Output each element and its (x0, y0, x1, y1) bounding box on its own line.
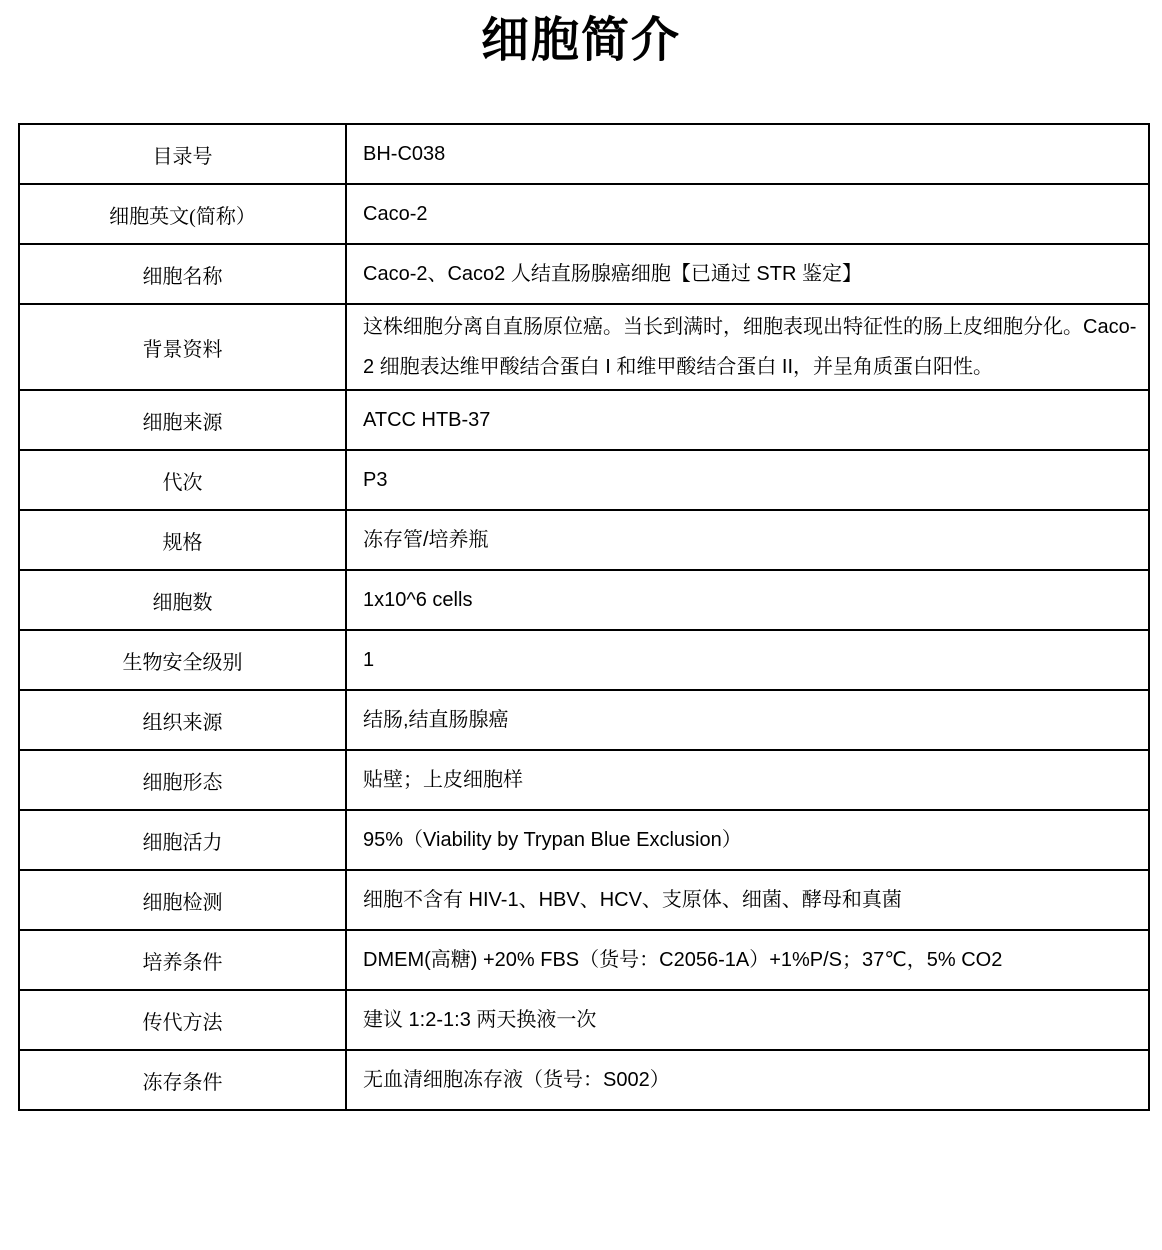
table-row: 生物安全级别1 (19, 630, 1149, 690)
table-row: 细胞检测细胞不含有 HIV-1、HBV、HCV、支原体、细菌、酵母和真菌 (19, 870, 1149, 930)
table-row: 细胞名称Caco-2、Caco2 人结直肠腺癌细胞【已通过 STR 鉴定】 (19, 244, 1149, 304)
row-label: 组织来源 (19, 690, 346, 750)
row-value: 1 (346, 630, 1149, 690)
row-value: Caco-2、Caco2 人结直肠腺癌细胞【已通过 STR 鉴定】 (346, 244, 1149, 304)
row-label: 冻存条件 (19, 1050, 346, 1110)
row-value: 贴壁；上皮细胞样 (346, 750, 1149, 810)
table-row: 细胞数1x10^6 cells (19, 570, 1149, 630)
row-value: 结肠,结直肠腺癌 (346, 690, 1149, 750)
row-label: 生物安全级别 (19, 630, 346, 690)
table-row: 细胞英文(简称）Caco-2 (19, 184, 1149, 244)
table-row: 培养条件DMEM(高糖) +20% FBS（货号：C2056-1A）+1%P/S… (19, 930, 1149, 990)
row-value: 冻存管/培养瓶 (346, 510, 1149, 570)
row-value: 95%（Viability by Trypan Blue Exclusion） (346, 810, 1149, 870)
row-label: 传代方法 (19, 990, 346, 1050)
row-label: 背景资料 (19, 304, 346, 390)
table-row: 细胞形态贴壁；上皮细胞样 (19, 750, 1149, 810)
row-label: 细胞形态 (19, 750, 346, 810)
cell-info-table-body: 目录号BH-C038细胞英文(简称）Caco-2细胞名称Caco-2、Caco2… (19, 124, 1149, 1110)
table-row: 传代方法建议 1:2-1:3 两天换液一次 (19, 990, 1149, 1050)
table-row: 目录号BH-C038 (19, 124, 1149, 184)
row-label: 细胞活力 (19, 810, 346, 870)
row-value: Caco-2 (346, 184, 1149, 244)
row-label: 细胞数 (19, 570, 346, 630)
table-row: 细胞来源ATCC HTB-37 (19, 390, 1149, 450)
table-row: 组织来源结肠,结直肠腺癌 (19, 690, 1149, 750)
row-label: 细胞英文(简称） (19, 184, 346, 244)
row-label: 细胞检测 (19, 870, 346, 930)
row-label: 目录号 (19, 124, 346, 184)
row-label: 细胞名称 (19, 244, 346, 304)
row-value: 这株细胞分离自直肠原位癌。当长到满时，细胞表现出特征性的肠上皮细胞分化。Caco… (346, 304, 1149, 390)
page-title: 细胞简介 (0, 0, 1162, 80)
cell-info-table: 目录号BH-C038细胞英文(简称）Caco-2细胞名称Caco-2、Caco2… (18, 123, 1150, 1111)
row-value: 细胞不含有 HIV-1、HBV、HCV、支原体、细菌、酵母和真菌 (346, 870, 1149, 930)
row-value: 1x10^6 cells (346, 570, 1149, 630)
table-row: 细胞活力95%（Viability by Trypan Blue Exclusi… (19, 810, 1149, 870)
table-row: 规格冻存管/培养瓶 (19, 510, 1149, 570)
row-value: P3 (346, 450, 1149, 510)
row-value: 建议 1:2-1:3 两天换液一次 (346, 990, 1149, 1050)
table-row: 代次P3 (19, 450, 1149, 510)
row-label: 培养条件 (19, 930, 346, 990)
row-value: BH-C038 (346, 124, 1149, 184)
table-row: 冻存条件无血清细胞冻存液（货号：S002） (19, 1050, 1149, 1110)
row-value: ATCC HTB-37 (346, 390, 1149, 450)
table-row: 背景资料这株细胞分离自直肠原位癌。当长到满时，细胞表现出特征性的肠上皮细胞分化。… (19, 304, 1149, 390)
row-value: 无血清细胞冻存液（货号：S002） (346, 1050, 1149, 1110)
row-value: DMEM(高糖) +20% FBS（货号：C2056-1A）+1%P/S；37℃… (346, 930, 1149, 990)
row-label: 代次 (19, 450, 346, 510)
row-label: 细胞来源 (19, 390, 346, 450)
row-label: 规格 (19, 510, 346, 570)
